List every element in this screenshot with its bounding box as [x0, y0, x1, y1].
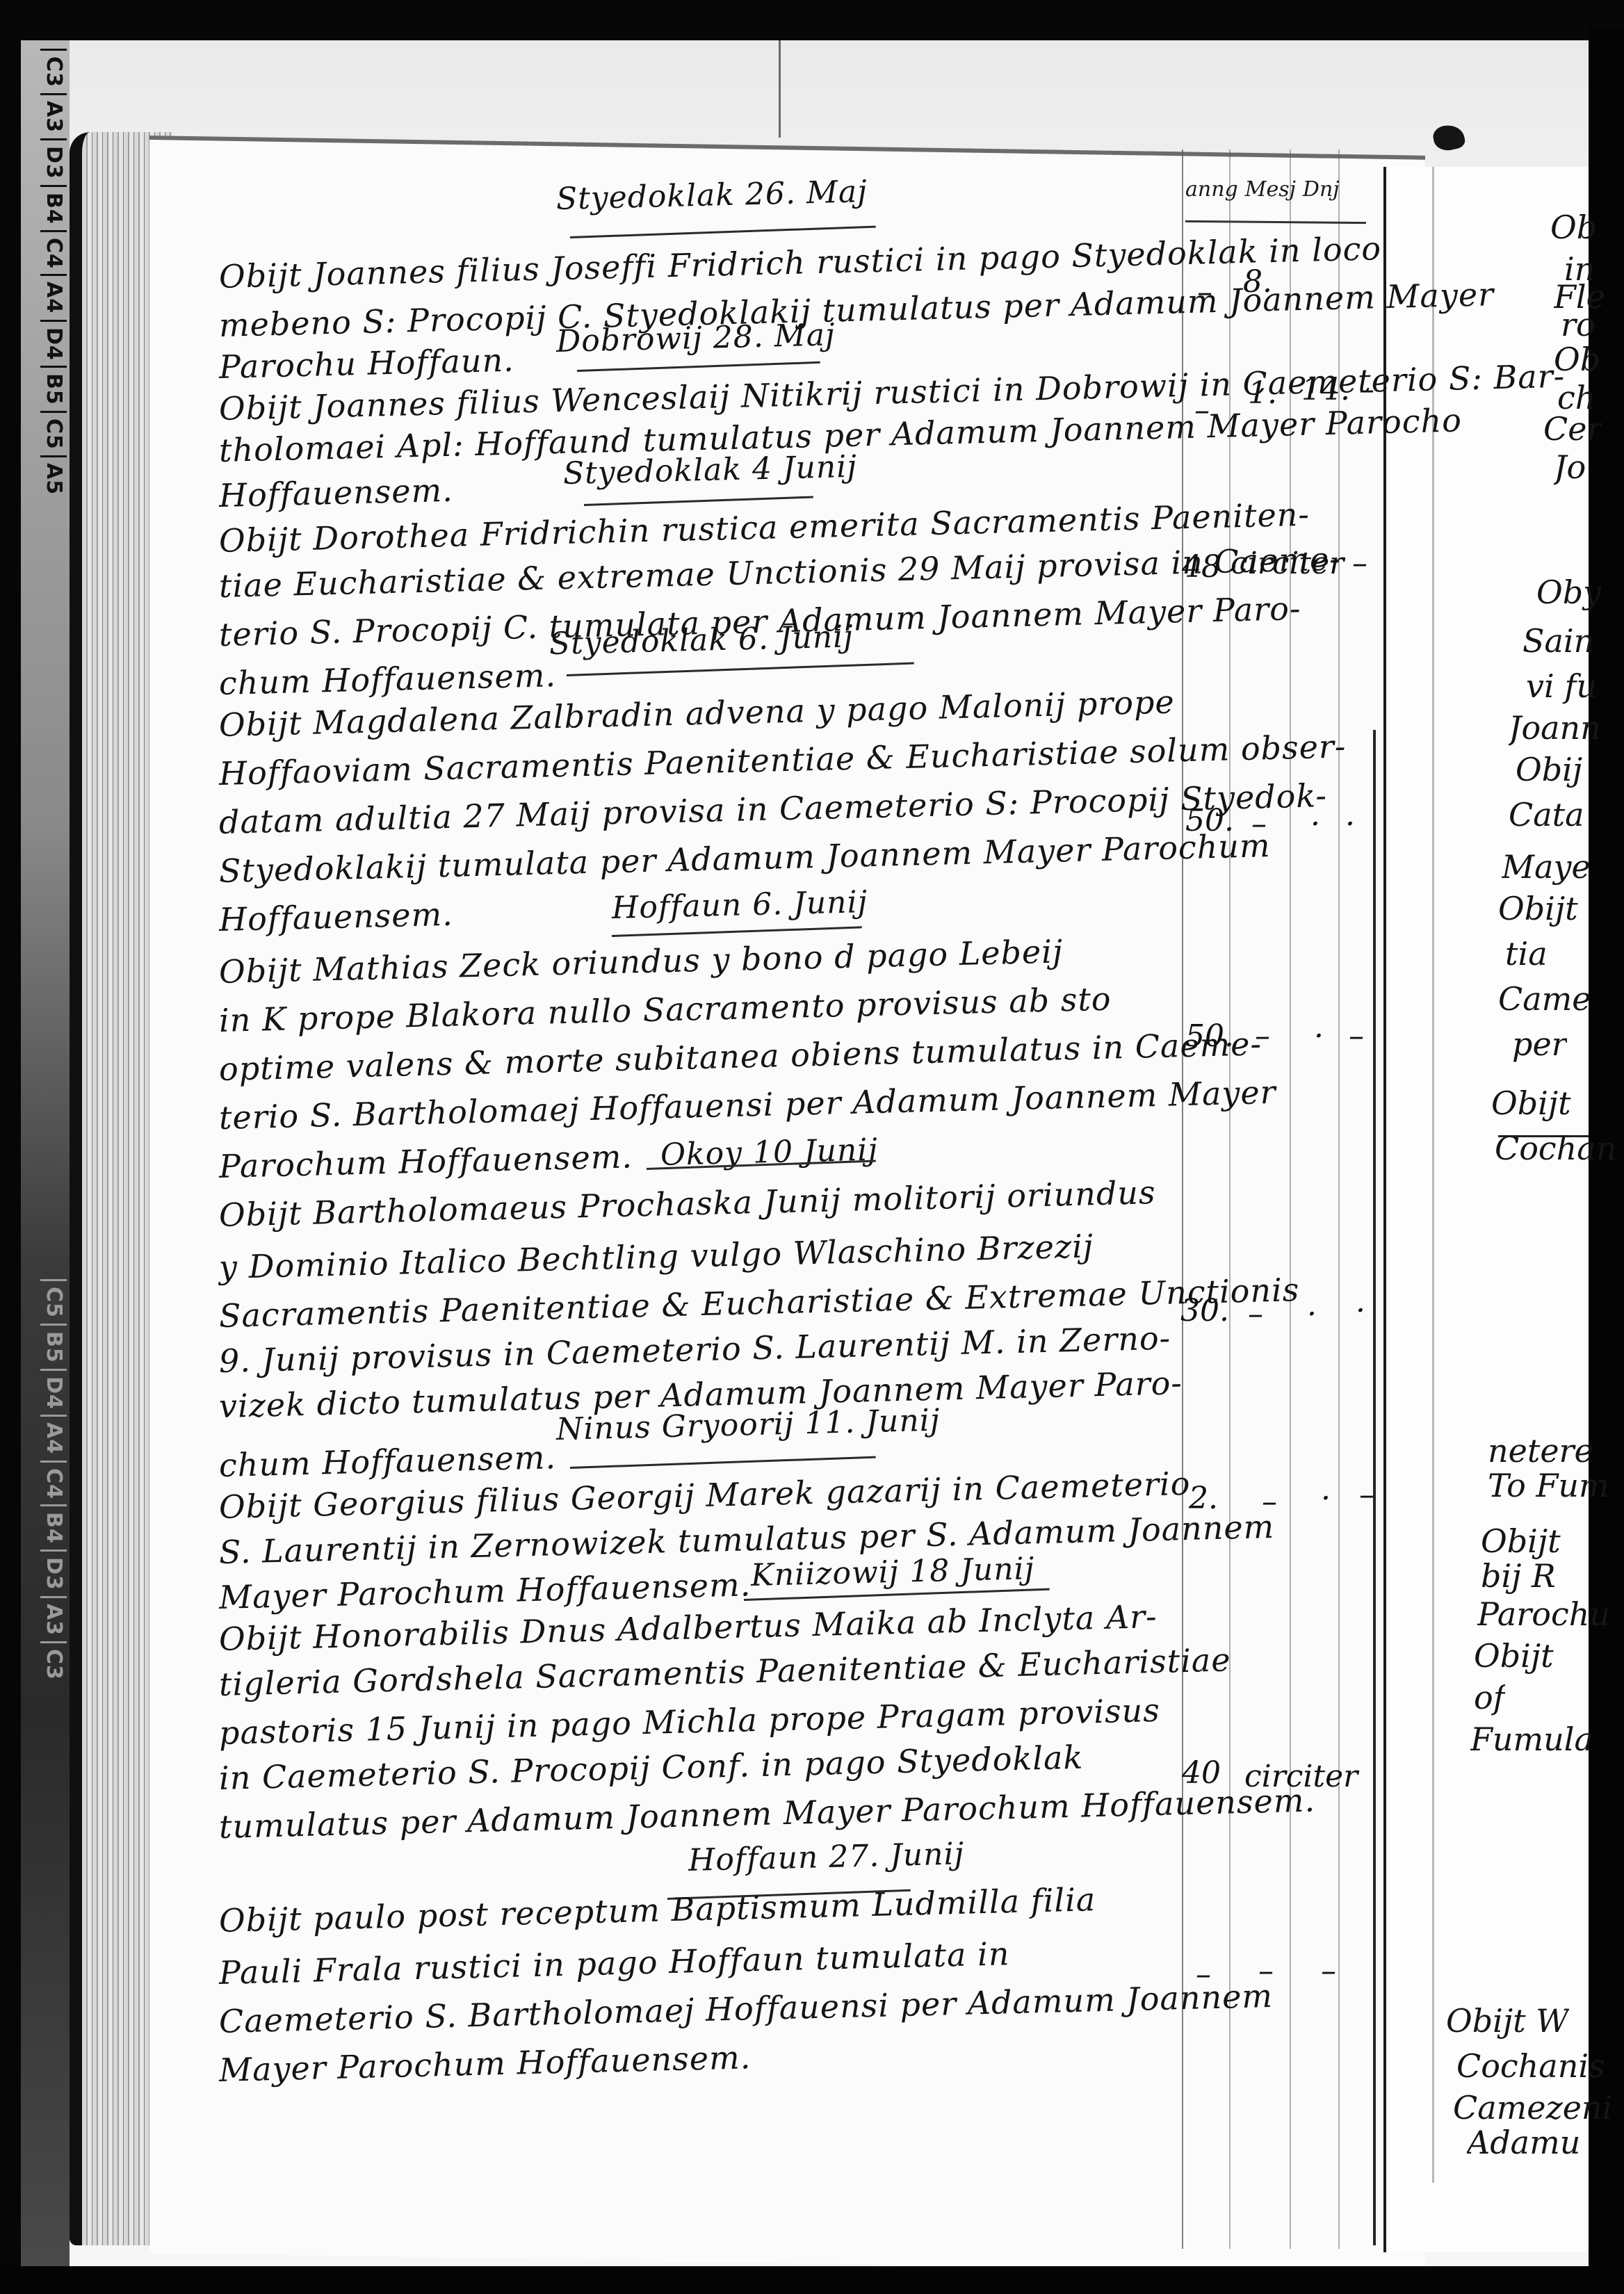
scale-spacer — [40, 501, 67, 1279]
scanner-left-edge — [0, 0, 22, 2294]
age-months: circiter — [1244, 1759, 1358, 1794]
right-page-fragment: Parochu — [1477, 1595, 1610, 1633]
entry-heading: Hoffaun 6. Junij — [611, 887, 868, 924]
scale-label: A3 — [40, 1596, 67, 1641]
age-days: · — [1307, 1296, 1317, 1332]
scanner-top-band — [0, 0, 1624, 43]
right-page-fragment: Obijt W — [1446, 2002, 1569, 2040]
entry-line: Parochum Hoffauensem. — [218, 1140, 633, 1182]
scale-label: B4 — [40, 1504, 67, 1549]
column-rule — [1290, 149, 1291, 2249]
scale-label: B4 — [40, 185, 67, 230]
column-rule — [1338, 149, 1340, 2249]
right-page-fragment: Camezeni — [1453, 2089, 1612, 2126]
right-page-fragment: of — [1474, 1679, 1505, 1716]
entry-line: chum Hoffauensem. — [218, 659, 556, 699]
right-page-fragment: Maye — [1502, 848, 1591, 886]
right-page-fragment: Obijt — [1498, 890, 1578, 927]
column-rule — [1182, 149, 1183, 2249]
header-anni: anng — [1185, 177, 1238, 202]
entry-heading: Styedoklak 6. Junij — [549, 621, 854, 660]
age-years: 50. — [1185, 1018, 1234, 1054]
header-mensis: Mesj — [1245, 177, 1296, 202]
age-days: · — [1314, 1018, 1324, 1054]
right-page-fragment: Obijt — [1481, 1522, 1561, 1560]
scale-label: D4 — [40, 1369, 67, 1415]
right-page-fragment: Cochanis — [1456, 2047, 1605, 2085]
right-page-fragment: Sain — [1522, 622, 1594, 660]
right-page-fragment: Cata — [1509, 796, 1584, 833]
scale-label: D3 — [40, 1549, 67, 1596]
age-months: 1. — [1248, 375, 1277, 411]
age-months: – — [1262, 1484, 1277, 1520]
scanner-bottom-band — [0, 2266, 1624, 2294]
right-page-fragment: vi fu — [1526, 667, 1597, 705]
right-page-fragment: To Fum — [1488, 1467, 1609, 1504]
age-months: – — [1255, 1018, 1270, 1054]
scale-label: D4 — [40, 320, 67, 366]
header-dies: Dnj — [1303, 177, 1340, 202]
entry-heading: Hoffaun 27. Junij — [688, 1839, 964, 1876]
right-page-fragment: Obijt — [1474, 1637, 1554, 1675]
right-page-fragment: Ob — [1550, 209, 1597, 246]
entry-heading: Kniizowij 18 Junij — [750, 1554, 1034, 1591]
entry-heading: Styedoklak 26. Maj — [555, 177, 868, 215]
scale-label: C3 — [40, 49, 67, 93]
right-page-fragment: Obij — [1516, 751, 1582, 788]
board-seam — [779, 40, 781, 138]
right-page-fragment: Obijt — [1491, 1084, 1571, 1122]
entry-heading: Ninus Gryoorij 11. Junij — [555, 1406, 940, 1445]
right-page-fragment: Cer — [1543, 410, 1602, 448]
entry-line: Hoffauensem. — [218, 898, 453, 936]
age-extra: · — [1356, 1293, 1365, 1328]
age-days: · — [1310, 806, 1320, 842]
column-rule — [1229, 149, 1231, 2249]
age-extra: – — [1359, 372, 1374, 407]
age-extra: – — [1352, 546, 1367, 581]
scale-label: A4 — [40, 1415, 67, 1460]
age-months: circiter — [1231, 546, 1344, 581]
scale-label: B5 — [40, 366, 67, 411]
right-page-fragment: Cochan — [1495, 1130, 1616, 1167]
scale-label: C3 — [40, 1641, 67, 1686]
scale-label: C5 — [40, 1279, 67, 1324]
entry-heading: Dobrowij 28. Maj — [555, 320, 836, 357]
scale-label: A4 — [40, 274, 67, 319]
age-years: 30. — [1180, 1293, 1229, 1328]
right-page-fragment: Ob — [1554, 341, 1600, 378]
age-years: 50. — [1185, 803, 1234, 838]
right-page-fold — [1432, 167, 1434, 2183]
right-page-fragment: Jo — [1554, 448, 1586, 486]
right-page-fragment: Came — [1498, 980, 1591, 1018]
entry-heading: Styedoklak 4 Junij — [562, 452, 857, 489]
scale-label: C5 — [40, 411, 67, 455]
scale-label: B5 — [40, 1324, 67, 1369]
age-days: · — [1321, 1481, 1331, 1516]
entry-line: chum Hoffauensem. — [218, 1441, 556, 1481]
age-years: 2. — [1189, 1481, 1218, 1516]
right-page-fragment: per — [1512, 1025, 1567, 1063]
age-years: – — [1196, 1957, 1211, 1992]
right-page-fragment: tia — [1505, 935, 1548, 973]
right-page-fragment: Oby — [1536, 573, 1601, 611]
age-months: – — [1248, 1296, 1263, 1332]
right-page-fragment: bij R — [1481, 1557, 1556, 1595]
scale-label: D3 — [40, 138, 67, 185]
scale-label: A3 — [40, 93, 67, 138]
right-page-fragment: ro — [1561, 306, 1595, 343]
age-extra: – — [1349, 1018, 1364, 1054]
entry-line: Hoffauensem. — [218, 474, 453, 512]
age-extra: – — [1359, 1477, 1374, 1513]
age-days: 14. — [1301, 372, 1350, 407]
age-months: 8. — [1243, 264, 1272, 300]
age-extra: · — [1345, 806, 1355, 842]
scale-labels: C3 A3 D3 B4 C4 A4 D4 B5 C5 A5 C5 B5 D4 A… — [40, 49, 67, 2273]
scale-label: A5 — [40, 455, 67, 501]
right-page-fragment: Fumula — [1470, 1720, 1593, 1758]
age-months: – — [1251, 806, 1267, 842]
age-years: 40 — [1182, 1755, 1221, 1791]
entry-line: Parochu Hoffaun. — [218, 344, 514, 383]
scale-label: C4 — [40, 230, 67, 275]
age-months: – — [1258, 1953, 1274, 1989]
right-page-fragment: Joann — [1509, 709, 1601, 747]
age-years: 48 — [1182, 549, 1221, 585]
age-years: – — [1194, 393, 1210, 428]
age-years: – — [1197, 275, 1212, 310]
age-column-header: anng Mesj Dnj — [1185, 177, 1370, 202]
age-days: – — [1321, 1953, 1336, 1989]
scale-label: C4 — [40, 1461, 67, 1505]
right-page-fragment: Adamu — [1467, 2124, 1580, 2161]
right-page-fragment: netere — [1488, 1432, 1593, 1470]
